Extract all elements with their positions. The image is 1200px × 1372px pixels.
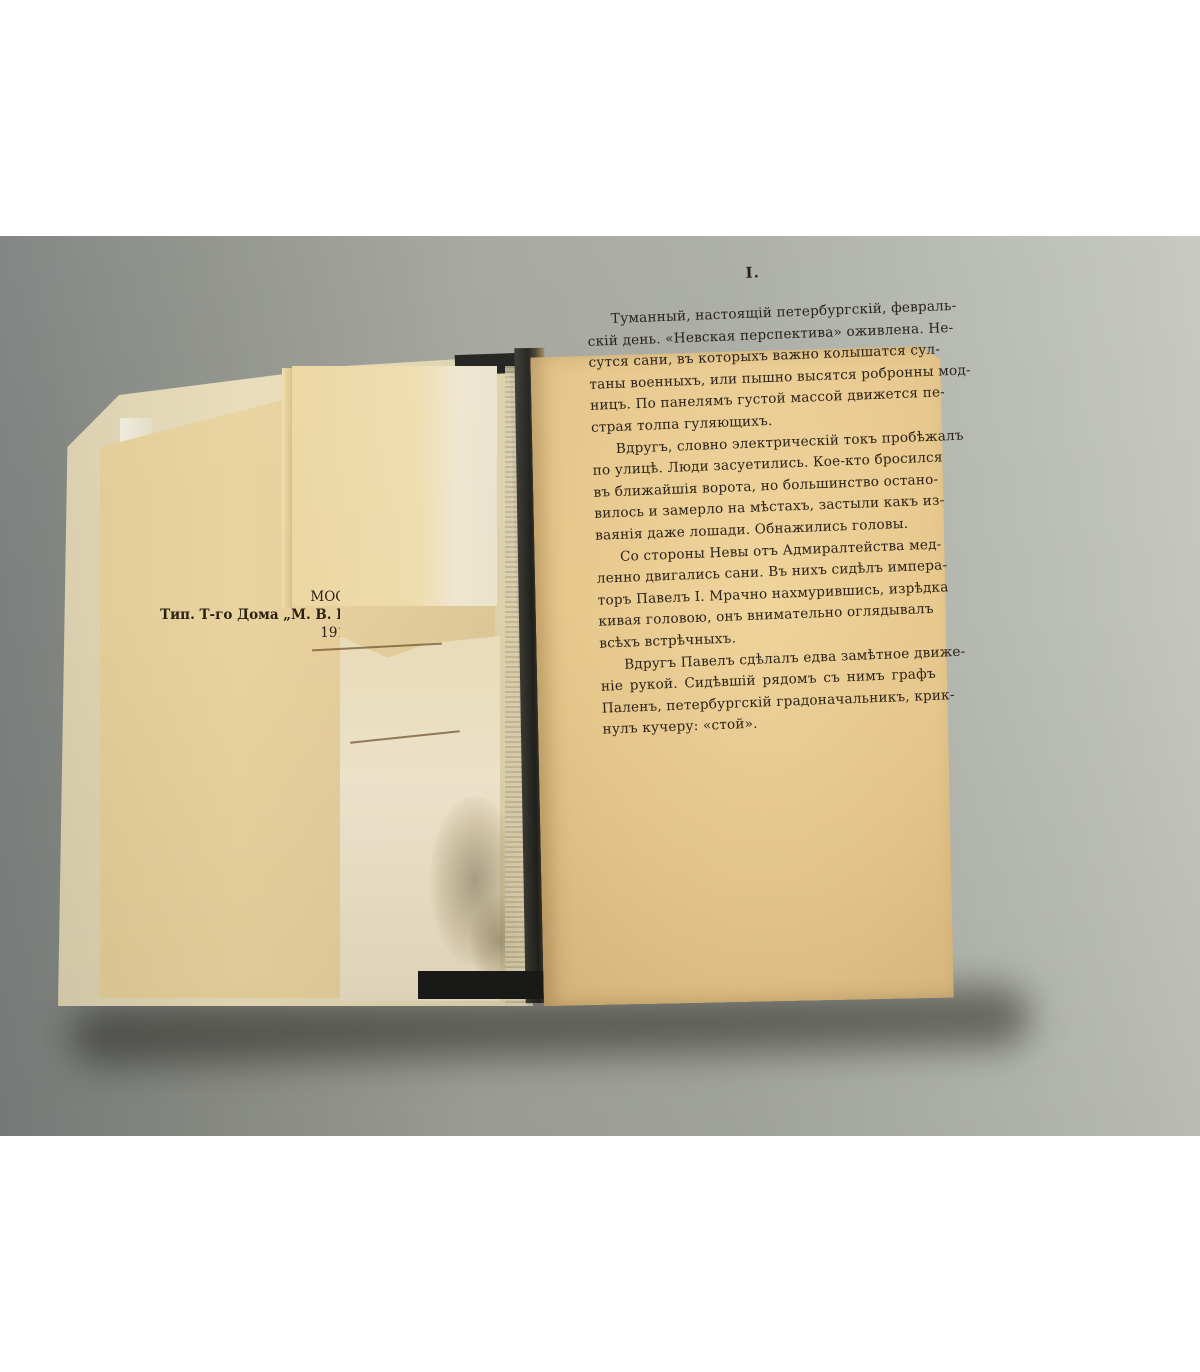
- imprint-area: МОСКВ Тип. Т-го Дома „М. В. Бал 1912 г: [140, 580, 340, 650]
- endpaper-flap: [292, 366, 497, 606]
- imprint-year: 1912 г: [156, 624, 340, 642]
- page-text-block: I. Туманный, настоящій петербургскій, фе…: [585, 257, 938, 741]
- cover-bottom-edge: [418, 971, 548, 999]
- publisher-imprint: МОСКВ Тип. Т-го Дома „М. В. Бал 1912 г: [156, 588, 340, 642]
- text-lines: Туманный, настоящій петербургскій, февра…: [587, 297, 938, 741]
- endpaper-fold: [282, 368, 292, 608]
- imprint-printer: Тип. Т-го Дома „М. В. Бал: [156, 606, 340, 624]
- imprint-city: МОСКВ: [156, 588, 340, 606]
